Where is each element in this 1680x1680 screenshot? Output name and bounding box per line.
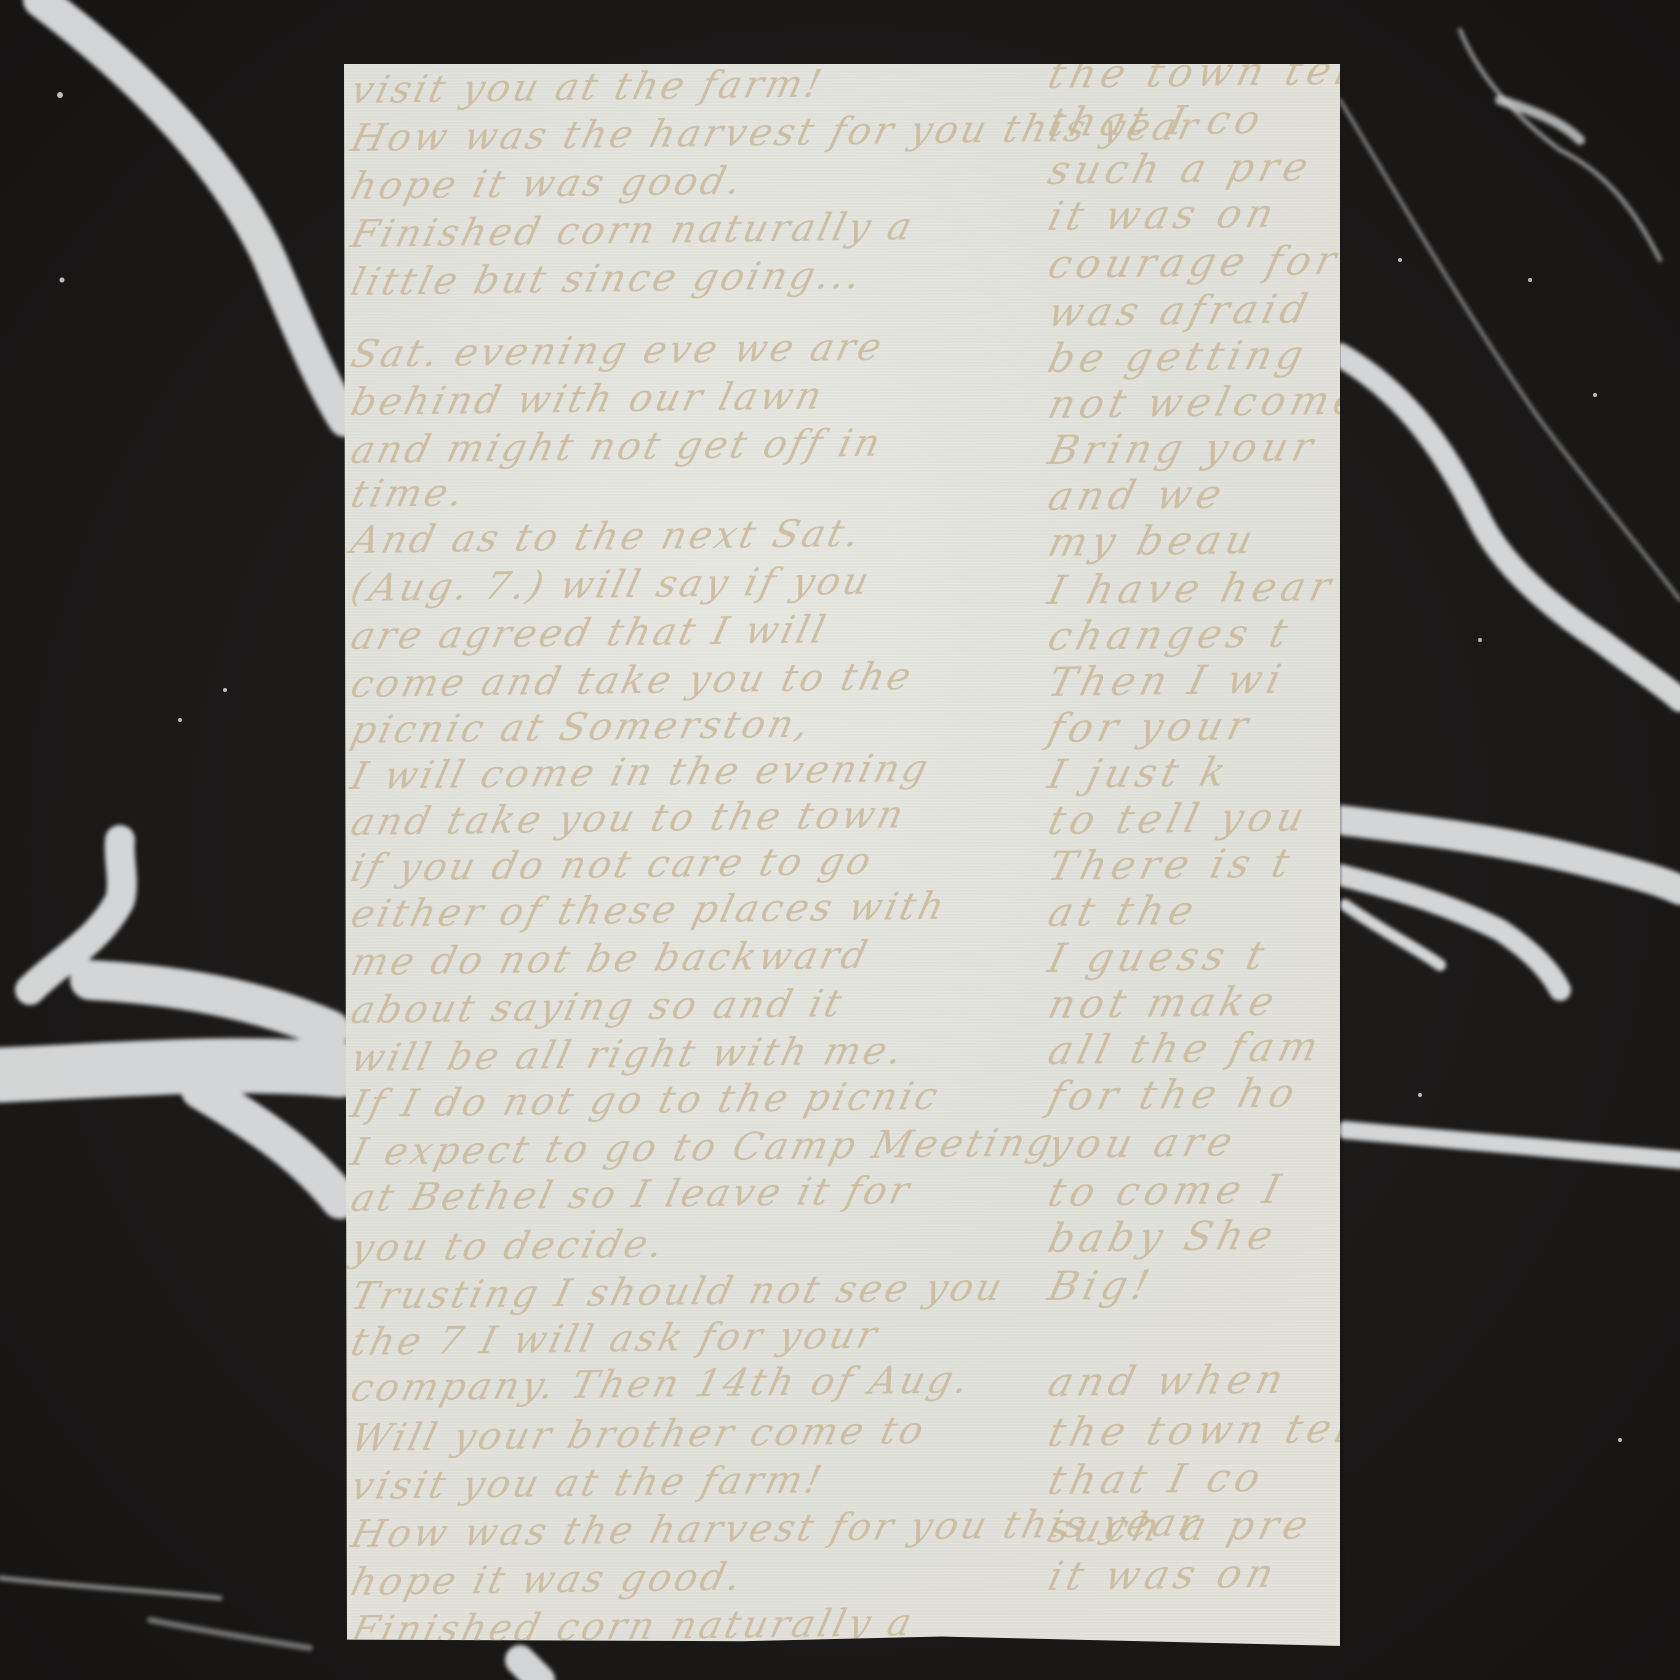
script-line: visit you at the farm! <box>347 64 829 112</box>
script-print-fabric: visit you at the farm! How was the harve… <box>344 64 1340 1646</box>
script-line: for the ho <box>1044 1071 1304 1120</box>
script-line: be getting <box>1044 332 1313 382</box>
script-line: company. Then 14th of Aug. <box>347 1357 976 1410</box>
script-line: that I co <box>1044 97 1270 146</box>
script-line: it was on <box>1044 1551 1283 1600</box>
script-line: (Aug. 7.) will say if you <box>347 559 876 610</box>
script-line: I just k <box>1044 749 1236 798</box>
script-line: are agreed that I will <box>347 607 833 658</box>
script-line: Bring your <box>1044 424 1323 474</box>
script-line: me do not be backward <box>347 933 875 984</box>
script-line: for your <box>1044 703 1258 752</box>
script-line: it was on <box>1044 191 1283 240</box>
script-line: Trusting I should not see you <box>347 1265 1009 1318</box>
script-line: baby She <box>1044 1213 1283 1262</box>
script-line: will be all right with me. <box>347 1028 910 1080</box>
script-line: And as to the next Sat. <box>347 511 867 562</box>
photo-scene: visit you at the farm! How was the harve… <box>0 0 1680 1680</box>
script-line: I will come in the evening <box>347 746 935 798</box>
script-line: hope it was good. <box>347 1555 749 1604</box>
script-line: to tell you <box>1044 794 1314 844</box>
script-line: picnic at Somerston, <box>347 702 816 752</box>
script-line: and we <box>1044 472 1231 520</box>
script-line: and take you to the town <box>347 792 911 844</box>
script-line: such a pre <box>1044 1502 1318 1552</box>
script-line: not make <box>1044 979 1284 1028</box>
script-line: time. <box>347 470 471 516</box>
script-line: about saying so and it <box>347 981 849 1032</box>
script-line: and might not get off in <box>347 421 888 472</box>
script-line: Finished corn naturally a <box>347 204 919 256</box>
script-line: come and take you to the <box>347 654 918 706</box>
script-line: behind with our lawn <box>347 373 829 424</box>
script-line: Big! <box>1044 1263 1159 1310</box>
script-line: little but since going... <box>347 253 868 304</box>
script-line: and when <box>1044 1357 1293 1406</box>
script-line: the town tell <box>1044 64 1340 98</box>
script-line: such a pre <box>1044 144 1318 194</box>
script-line: my beau <box>1044 517 1263 566</box>
script-line: that I co <box>1044 1455 1270 1504</box>
script-line: I have hear <box>1044 564 1340 614</box>
script-line: all the fam <box>1044 1024 1328 1074</box>
script-line: I guess t <box>1044 933 1274 982</box>
script-line: hope it was good. <box>347 159 749 208</box>
script-line: the 7 I will ask for your <box>347 1313 884 1364</box>
script-line: not welcome <box>1044 378 1340 428</box>
script-line: either of these places with <box>347 884 952 936</box>
script-line: changes t <box>1044 611 1297 660</box>
script-line: at the <box>1044 888 1203 936</box>
script-line: Will your brother come to <box>347 1408 931 1460</box>
script-line: courage for <box>1044 238 1340 288</box>
script-line: was afraid <box>1044 286 1317 336</box>
script-line: at Bethel so I leave it for <box>347 1168 917 1220</box>
script-line: I expect to go to Camp Meeting <box>347 1120 1060 1174</box>
script-line: Sat. evening eve we are <box>347 325 889 376</box>
script-line: if you do not care to go <box>347 839 878 890</box>
script-line: visit you at the farm! <box>347 1457 829 1508</box>
script-line: the town tell <box>1044 1406 1340 1456</box>
script-line: you are <box>1044 1119 1242 1168</box>
script-line: Then I wi <box>1044 657 1291 706</box>
script-line: There is t <box>1044 841 1299 890</box>
script-line: to come I <box>1044 1167 1290 1216</box>
script-line: If I do not go to the picnic <box>347 1074 945 1126</box>
script-line: you to decide. <box>347 1222 671 1270</box>
